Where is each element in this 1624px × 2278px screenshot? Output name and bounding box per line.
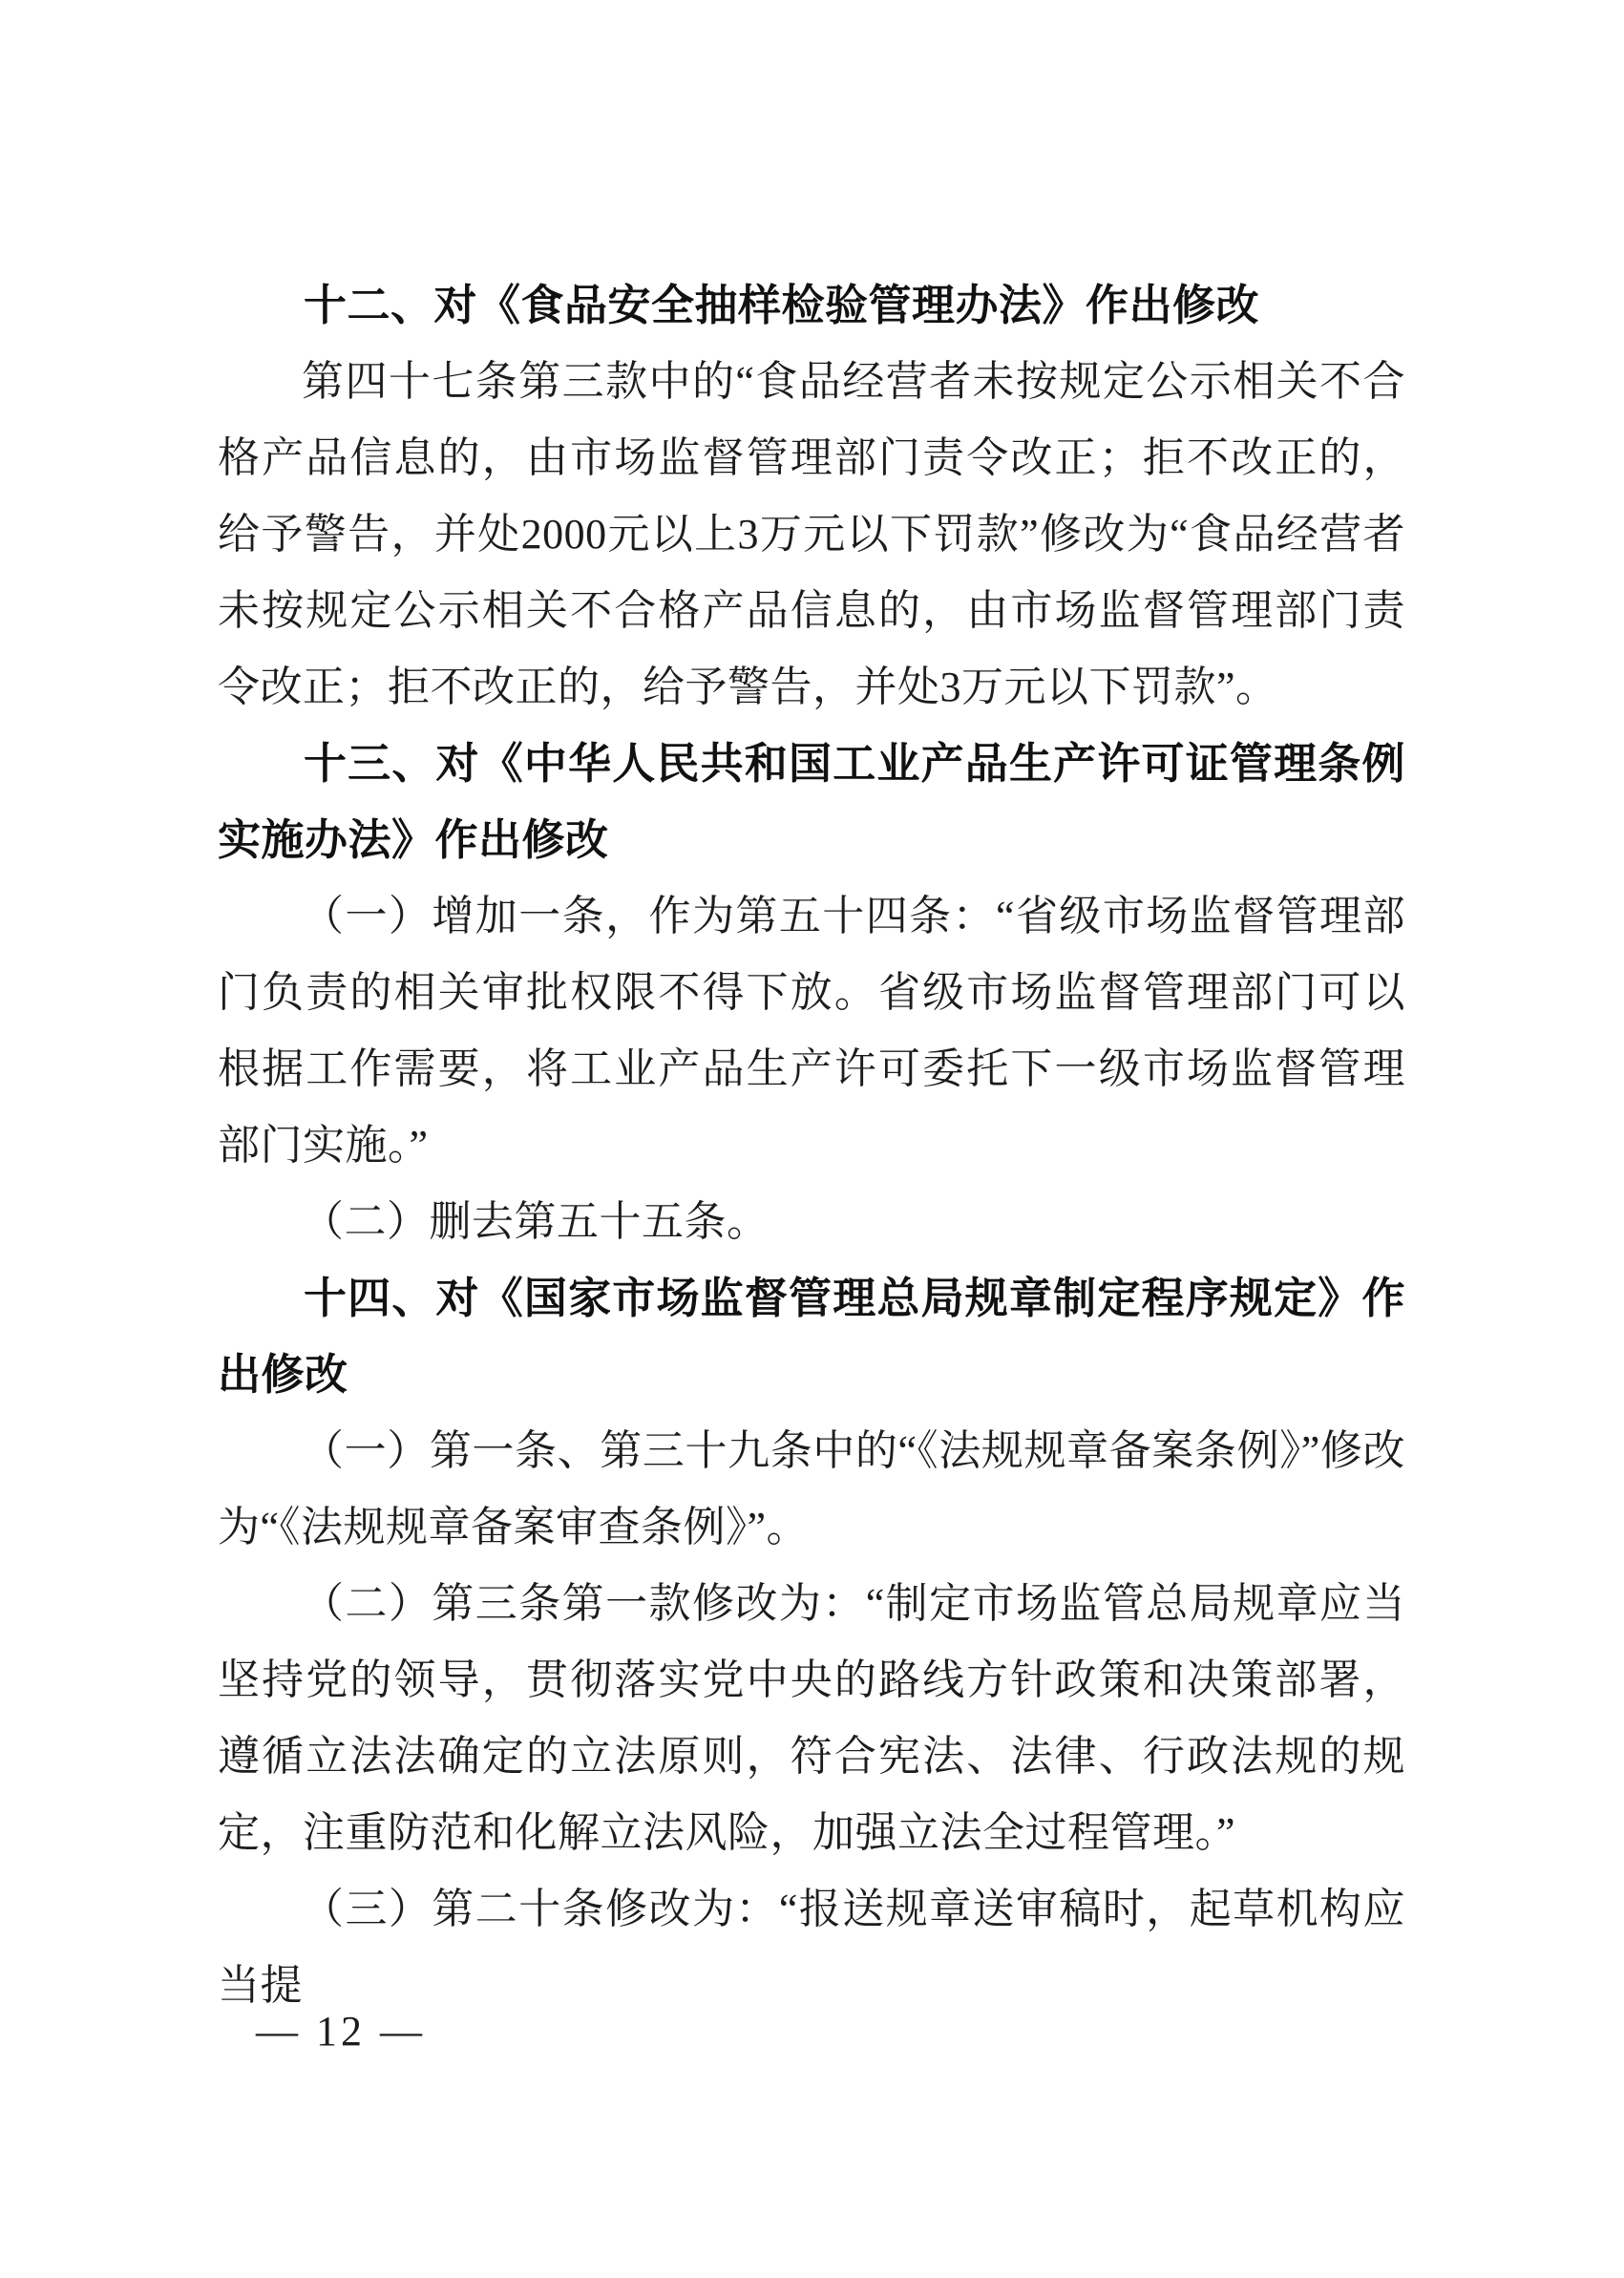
document-page: 十二、对《食品安全抽样检验管理办法》作出修改 第四十七条第三款中的“食品经营者未… (0, 0, 1624, 2278)
section-14-paragraph-2: （二）第三条第一款修改为：“制定市场监管总局规章应当坚持党的领导，贯彻落实党中央… (218, 1566, 1405, 1871)
section-14-paragraph-3: （三）第二十条修改为：“报送规章送审稿时，起草机构应当提 (218, 1871, 1405, 2024)
section-12-heading: 十二、对《食品安全抽样检验管理办法》作出修改 (218, 267, 1405, 344)
document-body: 十二、对《食品安全抽样检验管理办法》作出修改 第四十七条第三款中的“食品经营者未… (218, 267, 1405, 2024)
section-14-paragraph-1: （一）第一条、第三十九条中的“《法规规章备案条例》”修改为“《法规规章备案审查条… (218, 1413, 1405, 1566)
section-13-heading: 十三、对《中华人民共和国工业产品生产许可证管理条例实施办法》作出修改 (218, 726, 1405, 878)
section-13-paragraph-2: （二）删去第五十五条。 (218, 1184, 1405, 1260)
section-14-heading: 十四、对《国家市场监督管理总局规章制定程序规定》作出修改 (218, 1260, 1405, 1413)
section-12-paragraph-1: 第四十七条第三款中的“食品经营者未按规定公示相关不合格产品信息的，由市场监督管理… (218, 344, 1405, 726)
section-13-paragraph-1: （一）增加一条，作为第五十四条：“省级市场监督管理部门负责的相关审批权限不得下放… (218, 878, 1405, 1184)
page-number: — 12 — (256, 2003, 426, 2060)
